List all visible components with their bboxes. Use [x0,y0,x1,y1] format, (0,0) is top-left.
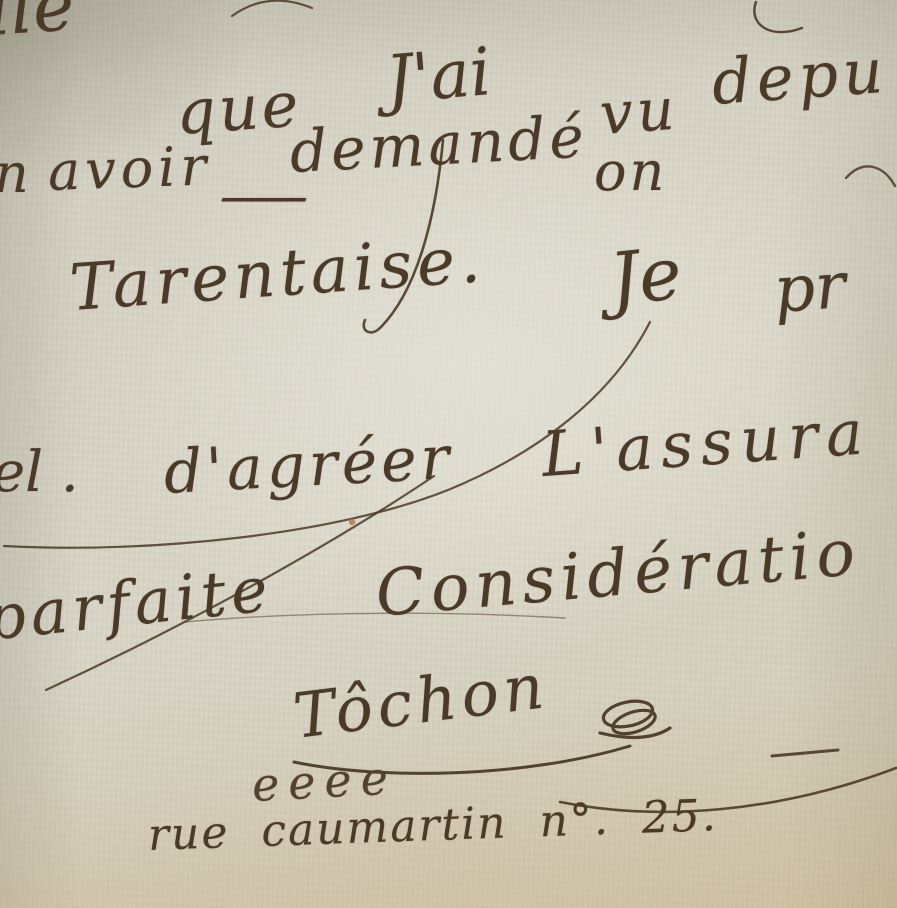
word-parfaite: parfaite [0,552,276,655]
word-lassurance-cut: L'assura [539,395,873,491]
word-avoir: avoir [47,134,212,203]
word-fragment-el: el . [0,440,79,505]
signature-paraph-knot [600,697,670,738]
rust-fleck [349,519,355,525]
signature-end-dash [772,750,838,756]
word-tarentaise: Tarentaise. [67,223,487,326]
word-demande: demandé [288,102,589,185]
address-line: rue caumartin n°. 25. [147,790,718,861]
top-edge-cut-arc-left [232,1,312,16]
word-prie-cut: pr [771,249,848,328]
word-fragment-n: n [0,142,29,205]
word-vu: vu [598,75,681,148]
signature-tochon: Tôchon [290,649,553,753]
word-je: Je [606,231,686,322]
word-dagreer: d'agréer [162,423,455,508]
word-jai: J'ai [383,33,494,119]
letter-photograph: lle que J'ai vu depu n avoir — demandé o… [0,0,897,908]
word-consideration-cut: Considératio [373,516,864,632]
word-depuis-cut: depu [709,34,890,119]
top-edge-cut-arc-right [754,2,802,32]
line2-right-edge-stroke [846,166,895,186]
word-on: on [594,140,667,203]
word-fragment-lle: lle [0,0,77,52]
